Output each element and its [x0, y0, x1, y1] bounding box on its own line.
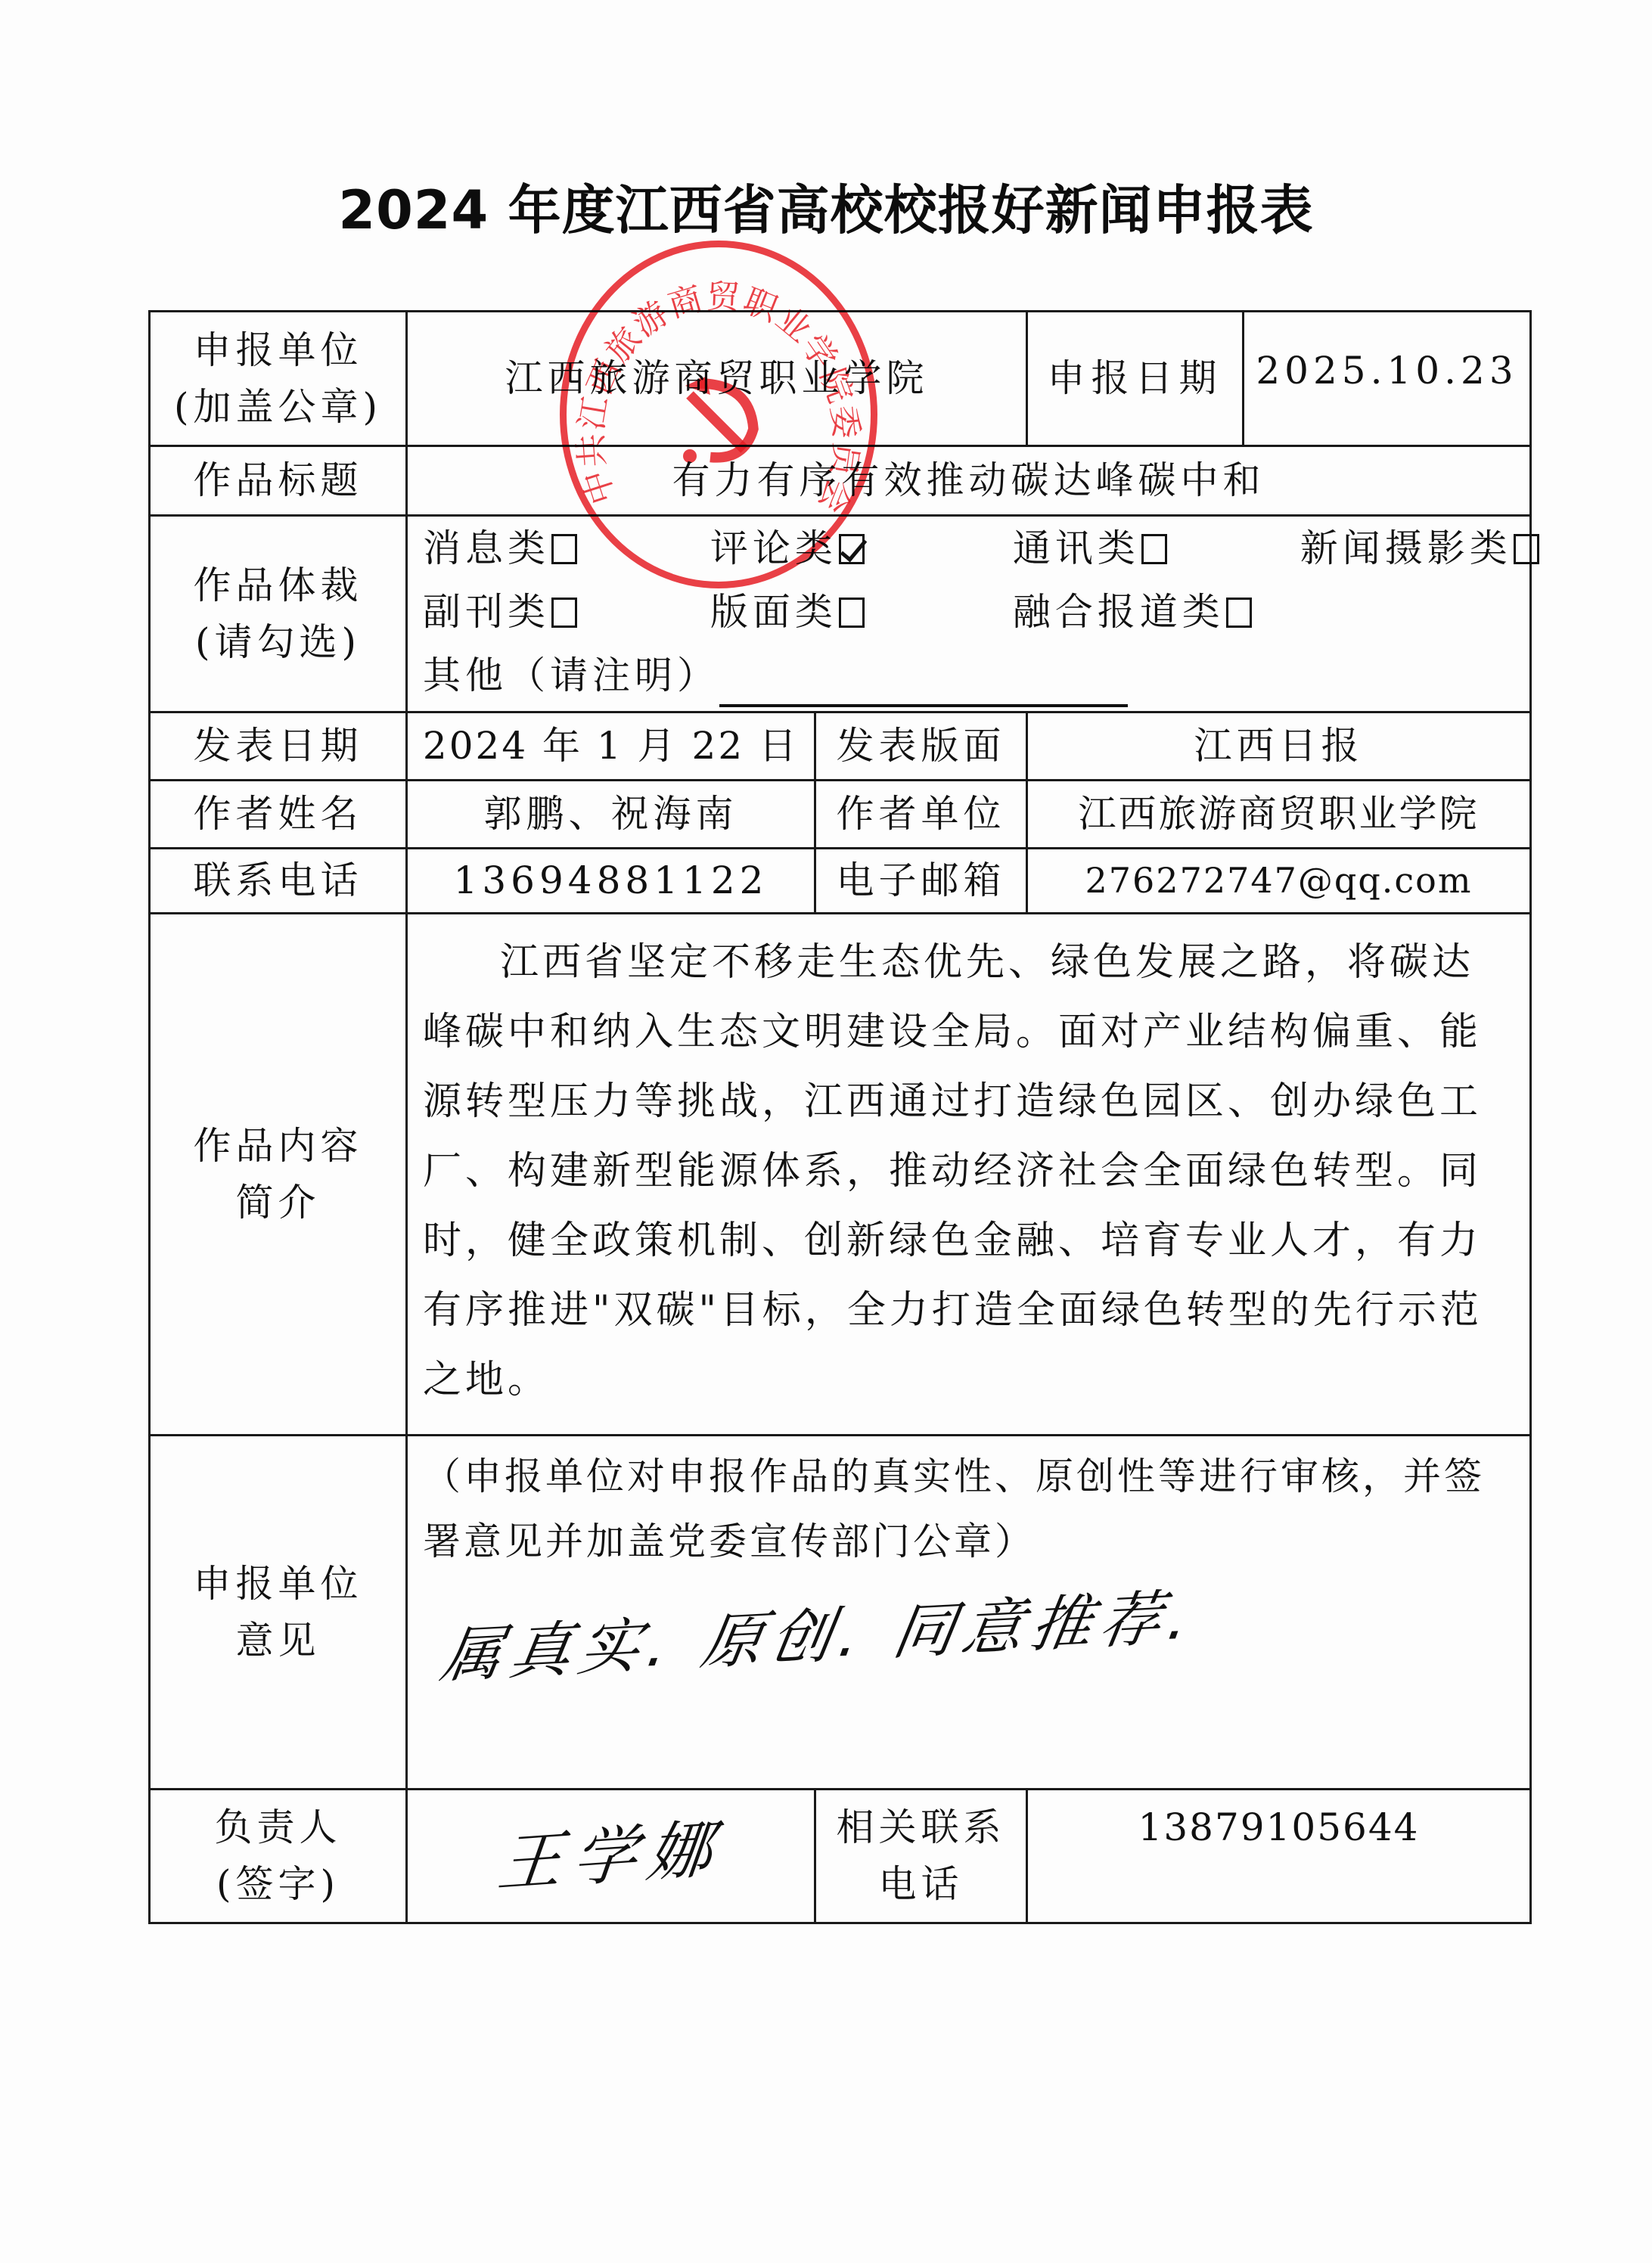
genre-other-input[interactable]: [719, 669, 1128, 707]
genre-option-label: 评论类: [710, 526, 837, 570]
summary-label: 作品内容 简介: [150, 914, 407, 1436]
genre-option-label: 融合报道类: [1013, 590, 1225, 634]
opinion-label: 申报单位 意见: [150, 1436, 407, 1790]
contact-phone-label-line1: 相关联系: [816, 1799, 1026, 1856]
opinion-handwritten-text: 属真实. 原创. 同意推荐.: [436, 1585, 1201, 1689]
work-title-value: 有力有序有效推动碳达峰碳中和: [407, 446, 1531, 516]
phone-label: 联系电话: [150, 849, 407, 914]
responsible-signature-cell: 王学娜: [407, 1790, 815, 1923]
responsible-label-line1: 负责人: [151, 1799, 405, 1856]
genre-label-line1: 作品体裁: [151, 557, 405, 614]
row-opinion: 申报单位 意见 （申报单位对申报作品的真实性、原创性等进行审核，并签署意见并加盖…: [150, 1436, 1531, 1790]
opinion-label-line1: 申报单位: [151, 1556, 405, 1613]
publish-date-value: 2024 年 1 月 22 日: [407, 712, 815, 781]
row-genre: 作品体裁 (请勾选) 消息类 评论类 通讯类 新闻摄影类 副刊类 版面类 融合报…: [150, 516, 1531, 712]
checkbox-unchecked-icon[interactable]: [1514, 534, 1539, 564]
checkbox-checked-icon[interactable]: [839, 534, 865, 564]
genre-line-3: 其他（请注明）: [408, 644, 1529, 707]
responsible-label: 负责人 (签字): [150, 1790, 407, 1923]
summary-label-line2: 简介: [151, 1175, 405, 1231]
responsible-label-line2: (签字): [151, 1856, 405, 1913]
row-publish: 发表日期 2024 年 1 月 22 日 发表版面 江西日报: [150, 712, 1531, 781]
publish-page-label: 发表版面: [815, 712, 1027, 781]
contact-phone-label: 相关联系 电话: [815, 1790, 1027, 1923]
genre-option-label: 消息类: [423, 526, 550, 570]
apply-date-value: 2025.10.23: [1244, 312, 1531, 446]
document-title: 2024 年度江西省高校校报好新闻申报表: [0, 168, 1652, 244]
genre-option-label: 新闻摄影类: [1300, 526, 1512, 570]
genre-other-label: 其他（请注明）: [423, 653, 719, 697]
publish-date-label: 发表日期: [150, 712, 407, 781]
author-unit-label: 作者单位: [815, 781, 1027, 849]
author-name-value: 郭鹏、祝海南: [407, 781, 815, 849]
genre-option-label: 副刊类: [423, 590, 550, 634]
row-contact: 联系电话 13694881122 电子邮箱 276272747@qq.com: [150, 849, 1531, 914]
genre-label: 作品体裁 (请勾选): [150, 516, 407, 712]
summary-label-line1: 作品内容: [151, 1118, 405, 1175]
phone-value: 13694881122: [407, 849, 815, 914]
row-applicant-unit: 申报单位 (加盖公章) 江西旅游商贸职业学院 申报日期 2025.10.23: [150, 312, 1531, 446]
summary-content: 江西省坚定不移走生态优先、绿色发展之路，将碳达峰碳中和纳入生态文明建设全局。面对…: [407, 914, 1531, 1436]
contact-phone-value: 13879105644: [1027, 1790, 1531, 1923]
summary-text: 江西省坚定不移走生态优先、绿色发展之路，将碳达峰碳中和纳入生态文明建设全局。面对…: [423, 928, 1514, 1415]
checkbox-unchecked-icon[interactable]: [551, 598, 577, 628]
opinion-label-line2: 意见: [151, 1613, 405, 1669]
checkbox-unchecked-icon[interactable]: [839, 598, 865, 628]
genre-option-supplement[interactable]: 副刊类: [423, 580, 688, 644]
opinion-content: （申报单位对申报作品的真实性、原创性等进行审核，并签署意见并加盖党委宣传部门公章…: [407, 1436, 1531, 1790]
opinion-instruction: （申报单位对申报作品的真实性、原创性等进行审核，并签署意见并加盖党委宣传部门公章…: [423, 1444, 1514, 1574]
responsible-signature: 王学娜: [493, 1801, 728, 1911]
genre-option-label: 通讯类: [1013, 526, 1140, 570]
apply-date-label: 申报日期: [1027, 312, 1244, 446]
genre-label-line2: (请勾选): [151, 614, 405, 671]
row-responsible: 负责人 (签字) 王学娜 相关联系 电话 13879105644: [150, 1790, 1531, 1923]
genre-option-layout[interactable]: 版面类: [710, 580, 990, 644]
email-label: 电子邮箱: [815, 849, 1027, 914]
author-name-label: 作者姓名: [150, 781, 407, 849]
applicant-unit-value: 江西旅游商贸职业学院: [407, 312, 1027, 446]
row-work-title: 作品标题 有力有序有效推动碳达峰碳中和: [150, 446, 1531, 516]
checkbox-unchecked-icon[interactable]: [1226, 598, 1252, 628]
genre-line-1: 消息类 评论类 通讯类 新闻摄影类: [408, 517, 1529, 580]
genre-option-convergence[interactable]: 融合报道类: [1013, 580, 1252, 644]
work-title-label: 作品标题: [150, 446, 407, 516]
contact-phone-label-line2: 电话: [816, 1856, 1026, 1913]
genre-option-commentary[interactable]: 评论类: [710, 517, 990, 580]
applicant-unit-label: 申报单位 (加盖公章): [150, 312, 407, 446]
genre-options: 消息类 评论类 通讯类 新闻摄影类 副刊类 版面类 融合报道类 其他（请注明）: [407, 516, 1531, 712]
genre-option-label: 版面类: [710, 590, 837, 634]
checkbox-unchecked-icon[interactable]: [551, 534, 577, 564]
genre-option-feature[interactable]: 通讯类: [1013, 517, 1278, 580]
row-author: 作者姓名 郭鹏、祝海南 作者单位 江西旅游商贸职业学院: [150, 781, 1531, 849]
email-value: 276272747@qq.com: [1027, 849, 1531, 914]
author-unit-value: 江西旅游商贸职业学院: [1027, 781, 1531, 849]
genre-option-photo[interactable]: 新闻摄影类: [1300, 517, 1539, 580]
row-summary: 作品内容 简介 江西省坚定不移走生态优先、绿色发展之路，将碳达峰碳中和纳入生态文…: [150, 914, 1531, 1436]
genre-line-2: 副刊类 版面类 融合报道类: [408, 580, 1529, 644]
genre-option-news[interactable]: 消息类: [423, 517, 688, 580]
publish-page-value: 江西日报: [1027, 712, 1531, 781]
checkbox-unchecked-icon[interactable]: [1141, 534, 1167, 564]
application-form-table: 申报单位 (加盖公章) 江西旅游商贸职业学院 申报日期 2025.10.23 作…: [148, 310, 1532, 1924]
applicant-unit-label-line2: (加盖公章): [151, 379, 405, 436]
applicant-unit-label-line1: 申报单位: [151, 322, 405, 379]
